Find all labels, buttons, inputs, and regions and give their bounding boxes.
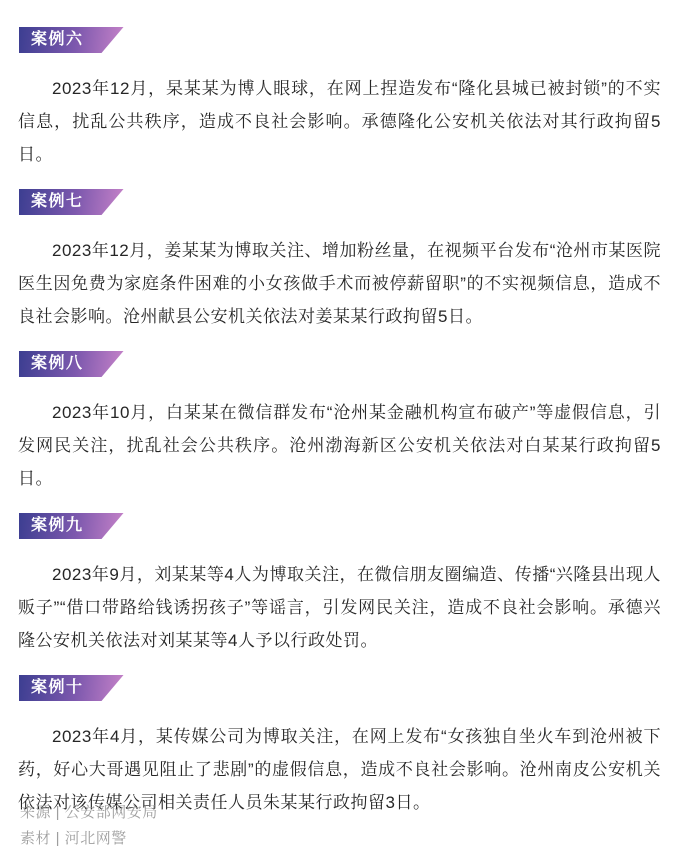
case-badge-9: 案例九 (19, 513, 124, 539)
case-text-7: 2023年12月，姜某某为博取关注、增加粉丝量，在视频平台发布“沧州市某医院医生… (18, 234, 661, 333)
article-footer: 来源 | 公安部网安局 素材 | 河北网警 (20, 800, 158, 852)
case-text-6: 2023年12月，杲某某为博人眼球，在网上捏造发布“隆化县城已被封锁”的不实信息… (18, 72, 661, 171)
article-body: 案例六 2023年12月，杲某某为博人眼球，在网上捏造发布“隆化县城已被封锁”的… (0, 0, 679, 819)
case-section-8: 案例八 2023年10月，白某某在微信群发布“沧州某金融机构宣布破产”等虚假信息… (18, 351, 661, 495)
case-badge-10: 案例十 (19, 675, 124, 701)
case-badge-7: 案例七 (19, 189, 124, 215)
case-badge-8: 案例八 (19, 351, 124, 377)
case-badge-6: 案例六 (19, 27, 124, 53)
case-text-9: 2023年9月，刘某某等4人为博取关注，在微信朋友圈编造、传播“兴隆县出现人贩子… (18, 558, 661, 657)
case-section-10: 案例十 2023年4月，某传媒公司为博取关注，在网上发布“女孩独自坐火车到沧州被… (18, 675, 661, 819)
case-section-6: 案例六 2023年12月，杲某某为博人眼球，在网上捏造发布“隆化县城已被封锁”的… (18, 27, 661, 171)
footer-source-line: 来源 | 公安部网安局 (20, 800, 158, 826)
case-text-8: 2023年10月，白某某在微信群发布“沧州某金融机构宣布破产”等虚假信息，引发网… (18, 396, 661, 495)
footer-material-line: 素材 | 河北网警 (20, 826, 158, 852)
case-section-9: 案例九 2023年9月，刘某某等4人为博取关注，在微信朋友圈编造、传播“兴隆县出… (18, 513, 661, 657)
case-section-7: 案例七 2023年12月，姜某某为博取关注、增加粉丝量，在视频平台发布“沧州市某… (18, 189, 661, 333)
